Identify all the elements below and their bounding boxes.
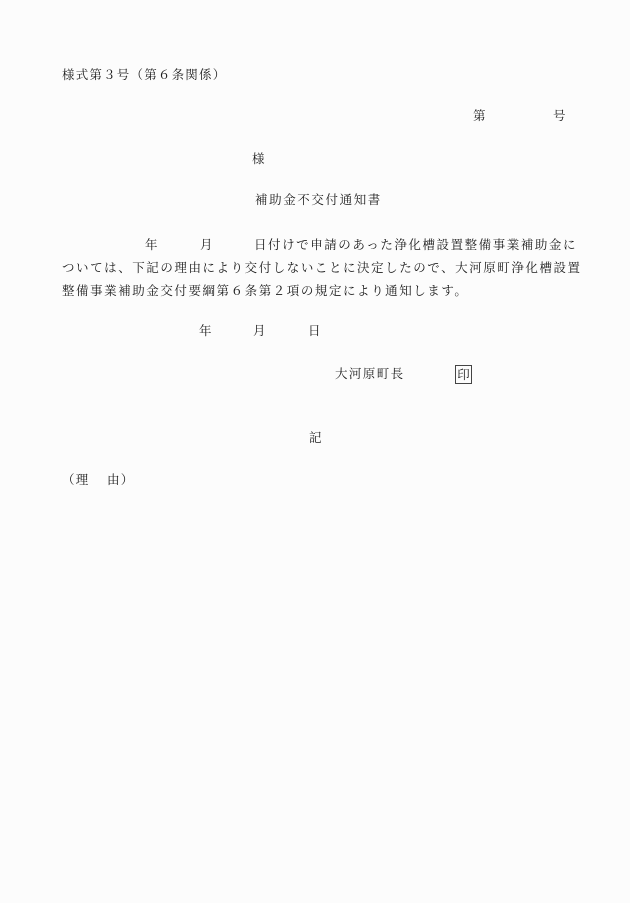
notice-year-label: 年: [199, 323, 213, 339]
document-title: 補助金不交付通知書: [255, 192, 382, 208]
doc-number-suffix: 号: [553, 108, 567, 124]
addressee-suffix: 様: [252, 151, 266, 167]
application-year-label: 年: [145, 237, 159, 253]
application-month-label: 月: [200, 237, 214, 253]
form-number: 様式第３号（第６条関係）: [62, 67, 226, 83]
issuer-name: 大河原町長: [335, 366, 405, 382]
body-line-2: ついては、下記の理由により交付しないことに決定したので、大河原町浄化槽設置: [62, 260, 582, 276]
record-heading: 記: [309, 430, 323, 446]
reason-label-close: 由）: [107, 472, 134, 488]
body-line-3: 整備事業補助金交付要綱第６条第２項の規定により通知します。: [62, 283, 468, 299]
seal-stamp-box: 印: [455, 365, 472, 384]
body-line-1: 日付けで申請のあった浄化槽設置整備事業補助金に: [254, 237, 577, 253]
notice-month-label: 月: [253, 323, 267, 339]
reason-label-open: （理: [62, 472, 89, 488]
doc-number-prefix: 第: [473, 108, 487, 124]
notice-day-label: 日: [308, 323, 322, 339]
